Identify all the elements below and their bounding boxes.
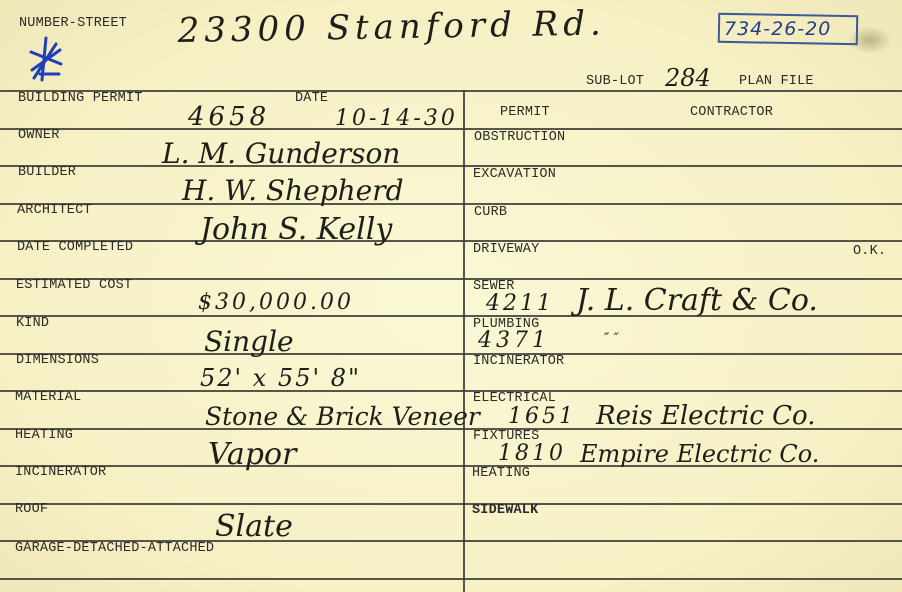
field-label-garage: GARAGE-DETACHED-ATTACHED bbox=[15, 542, 214, 556]
field-value-material: Stone & Brick Veneer bbox=[205, 404, 480, 429]
permit-label-heating: HEATING bbox=[472, 467, 530, 481]
field-value-estimated-cost: $30,000.00 bbox=[198, 292, 354, 314]
plan-file-label: PLAN FILE bbox=[739, 75, 814, 89]
rule bbox=[0, 165, 902, 167]
field-label-date-completed: DATE COMPLETED bbox=[17, 241, 133, 255]
permit-column-header: PERMIT bbox=[500, 106, 550, 120]
contractor-value-fixtures: Empire Electric Co. bbox=[580, 442, 819, 466]
field-label-estimated-cost: ESTIMATED COST bbox=[16, 279, 132, 293]
field-label-architect: ARCHITECT bbox=[17, 204, 92, 218]
field-label-kind: KIND bbox=[16, 317, 49, 331]
date-value: 10-14-30 bbox=[335, 108, 458, 130]
building-permit-card: NUMBER-STREET 23300 Stanford Rd. 734-26-… bbox=[0, 0, 902, 592]
contractor-column-header: CONTRACTOR bbox=[690, 106, 773, 120]
rule bbox=[0, 240, 902, 242]
field-label-dimensions: DIMENSIONS bbox=[16, 354, 99, 368]
sub-lot-label: SUB-LOT bbox=[586, 75, 644, 89]
permit-label-sidewalk: SIDEWALK bbox=[472, 504, 538, 518]
date-label: DATE bbox=[295, 92, 328, 106]
contractor-value-driveway: O.K. bbox=[853, 245, 886, 259]
rule bbox=[0, 353, 902, 355]
permit-value-plumbing: 4371 bbox=[478, 330, 550, 352]
permit-label-incinerator: INCINERATOR bbox=[473, 355, 564, 369]
field-label-owner: OWNER bbox=[18, 129, 60, 143]
field-label-material: MATERIAL bbox=[15, 391, 81, 405]
column-divider bbox=[463, 90, 465, 592]
permit-value-fixtures: 1810 bbox=[498, 443, 566, 465]
field-value-roof: Slate bbox=[215, 512, 293, 542]
field-label-builder: BUILDER bbox=[18, 166, 76, 180]
permit-value-electrical: 1651 bbox=[508, 406, 576, 428]
field-label-roof: ROOF bbox=[15, 503, 48, 517]
field-value-builder: H. W. Shepherd bbox=[182, 177, 404, 205]
field-value-owner: L. M. Gunderson bbox=[162, 140, 400, 168]
blue-asterisk-icon bbox=[26, 34, 66, 84]
permit-label-obstruction: OBSTRUCTION bbox=[474, 131, 565, 145]
permit-label-driveway: DRIVEWAY bbox=[473, 243, 539, 257]
field-value-architect: John S. Kelly bbox=[200, 215, 392, 245]
rule bbox=[0, 390, 902, 392]
file-stamp-number: 734-26-20 bbox=[724, 20, 831, 39]
field-value-kind: Single bbox=[204, 328, 294, 356]
rule bbox=[0, 578, 902, 580]
number-street-label: NUMBER-STREET bbox=[19, 17, 127, 31]
field-label-incinerator: INCINERATOR bbox=[15, 466, 106, 480]
sub-lot-value: 284 bbox=[665, 66, 711, 90]
rule bbox=[0, 503, 902, 505]
contractor-value-electrical: Reis Electric Co. bbox=[596, 403, 816, 429]
contractor-value-sewer: J. L. Craft & Co. bbox=[576, 286, 818, 316]
field-value-dimensions: 52' x 55' 8" bbox=[200, 366, 361, 390]
permit-value-sewer: 4211 bbox=[486, 293, 554, 315]
field-value-heating: Vapor bbox=[208, 440, 296, 470]
rule bbox=[0, 278, 902, 280]
address-value: 23300 Stanford Rd. bbox=[177, 7, 606, 48]
contractor-value-plumbing: ″ ″ bbox=[604, 332, 619, 346]
building-permit-label: BUILDING PERMIT bbox=[18, 92, 143, 106]
permit-label-curb: CURB bbox=[474, 206, 507, 220]
permit-label-excavation: EXCAVATION bbox=[473, 168, 556, 182]
field-label-heating: HEATING bbox=[15, 429, 73, 443]
rule bbox=[0, 203, 902, 205]
building-permit-value: 4658 bbox=[188, 104, 270, 130]
